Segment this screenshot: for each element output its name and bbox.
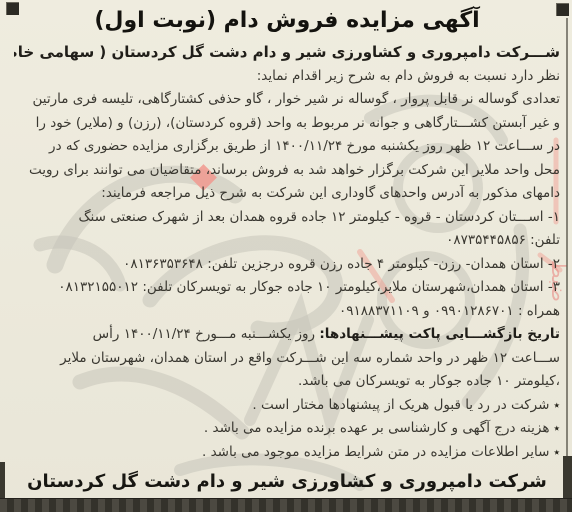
opening-date-label: تاریخ بازگشـــایی پاکت پیشـــنهادها: [319,326,560,342]
body-line-2: و غیر آبستن کشـــتارگاهی و جوانه نر مربو… [14,112,560,136]
note-2-text: هزینه درج آگهی و کارشناسی بر عهده برنده … [204,420,550,436]
opening-date-rest: روز یکشـــنبه مـــورخ ۱۴۰۰/۱۱/۲۴ رأس [93,326,315,342]
body-line-1: تعدادی گوساله نر قابل پروار ، گوساله نر … [14,88,560,112]
location-1-phone: تلفن: ۰۸۷۳۵۴۴۵۸۵۶ [14,229,560,253]
mobile-numbers: همراه : ۰۹۹۰۱۲۸۶۷۰۱ و ۰۹۱۸۸۳۷۱۱۰۹ [14,300,560,324]
intro-line-2: نظر دارد نسبت به فروش دام به شرح زیر اقد… [14,65,560,89]
location-2-address: ۲- استان همدان- رزن- کیلومتر ۴ جاده رزن … [14,253,560,277]
intro-line-company: شـــرکت دامپروری و کشاورزی شیر و دام دشت… [14,41,560,65]
corner-ornament-bottom-left [0,462,5,502]
note-3-text: سایر اطلاعات مزایده در متن شرایط مزایده … [202,444,549,460]
bottom-border-band [0,498,572,512]
corner-ornament-bottom-right [563,456,572,502]
location-1-address: ۱- اســـتان کردستان - قروه - کیلومتر ۱۲ … [14,206,560,230]
note-3: ٭سایر اطلاعات مزایده در متن شرایط مزایده… [14,441,560,465]
opening-line-2: ســـاعت ۱۲ ظهر در واحد شماره سه این شـــ… [14,347,560,371]
corner-ornament-top-left [6,2,19,15]
corner-ornament-top-right [556,3,569,16]
star-bullet-icon: ٭ [553,421,560,435]
star-bullet-icon: ٭ [553,445,560,459]
body-line-5: دامهای مذکور به آدرس واحدهای گاوداری این… [14,182,560,206]
ad-title: آگهی مزایده فروش دام (نوبت اول) [14,4,560,38]
body-line-4: محل واحد ملایر این شرکت برگزار خواهد شد … [14,159,560,183]
note-1-text: شرکت در رد یا قبول هریک از پیشنهادها مخت… [252,397,549,413]
location-3-address: ۳- استان همدان،شهرستان ملایر،کیلومتر ۱۰ … [14,276,560,300]
opening-line-3: ،کیلومتر ۱۰ جاده جوکار به تویسرکان می با… [14,370,560,394]
opening-date-line: تاریخ بازگشـــایی پاکت پیشـــنهادها: روز… [14,323,560,347]
ad-content: آگهی مزایده فروش دام (نوبت اول) شـــرکت … [0,0,572,512]
newspaper-ad-page: ضبط آگهی مزایده فروش دام (نوبت اول) شـــ… [0,0,572,512]
frame-right-border [566,18,568,498]
star-bullet-icon: ٭ [553,398,560,412]
note-1: ٭شرکت در رد یا قبول هریک از پیشنهادها مخ… [14,394,560,418]
note-2: ٭هزینه درج آگهی و کارشناسی بر عهده برنده… [14,417,560,441]
footer-company-name: شرکت دامپروری و کشاورزی شیر و دام دشت گل… [14,467,560,497]
body-line-3: در ســـاعت ۱۲ ظهر روز یکشنبه مورخ ۱۴۰۰/۱… [14,135,560,159]
